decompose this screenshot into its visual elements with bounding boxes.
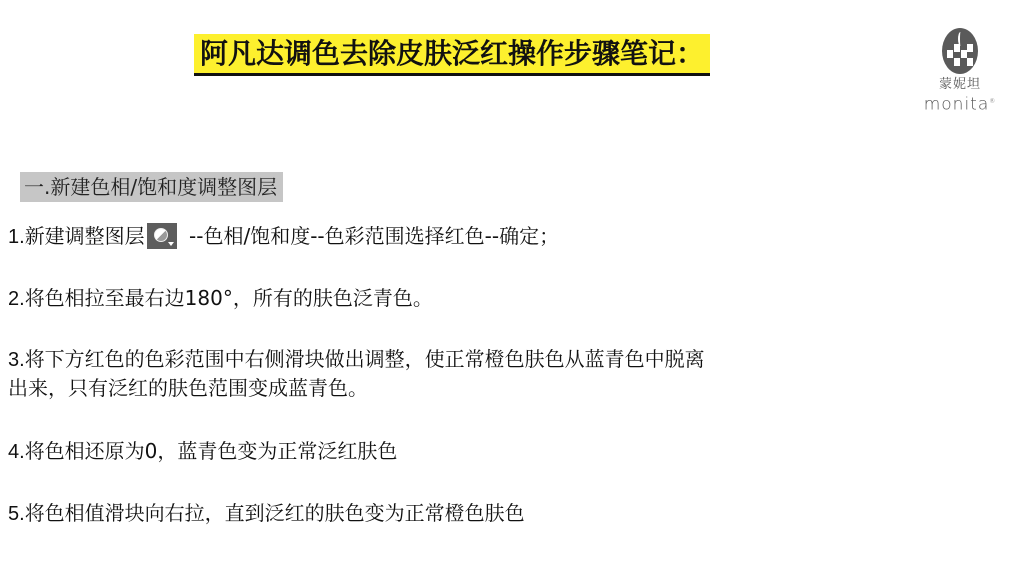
adjustment-layer-icon bbox=[147, 223, 177, 249]
logo-chinese-name: 蒙妮坦 bbox=[922, 77, 998, 93]
brand-logo: 蒙妮坦 MONITA® bbox=[922, 28, 998, 124]
step-2: 2.将色相拉至最右边180°，所有的肤色泛青色。 bbox=[8, 284, 433, 313]
logo-english-name: MONITA® bbox=[922, 93, 998, 114]
monita-logo-icon bbox=[942, 28, 978, 74]
section-heading: 一.新建色相/饱和度调整图层 bbox=[20, 172, 283, 202]
page-title: 阿凡达调色去除皮肤泛红操作步骤笔记： bbox=[194, 34, 710, 76]
step-1: 1.新建调整图层 --色相/饱和度--色彩范围选择红色--确定； bbox=[8, 222, 559, 251]
step-3: 3.将下方红色的色彩范围中右侧滑块做出调整，使正常橙色肤色从蓝青色中脱离 出来，… bbox=[8, 345, 705, 402]
step-4: 4.将色相还原为0，蓝青色变为正常泛红肤色 bbox=[8, 437, 397, 466]
step-5: 5.将色相值滑块向右拉，直到泛红的肤色变为正常橙色肤色 bbox=[8, 499, 525, 528]
